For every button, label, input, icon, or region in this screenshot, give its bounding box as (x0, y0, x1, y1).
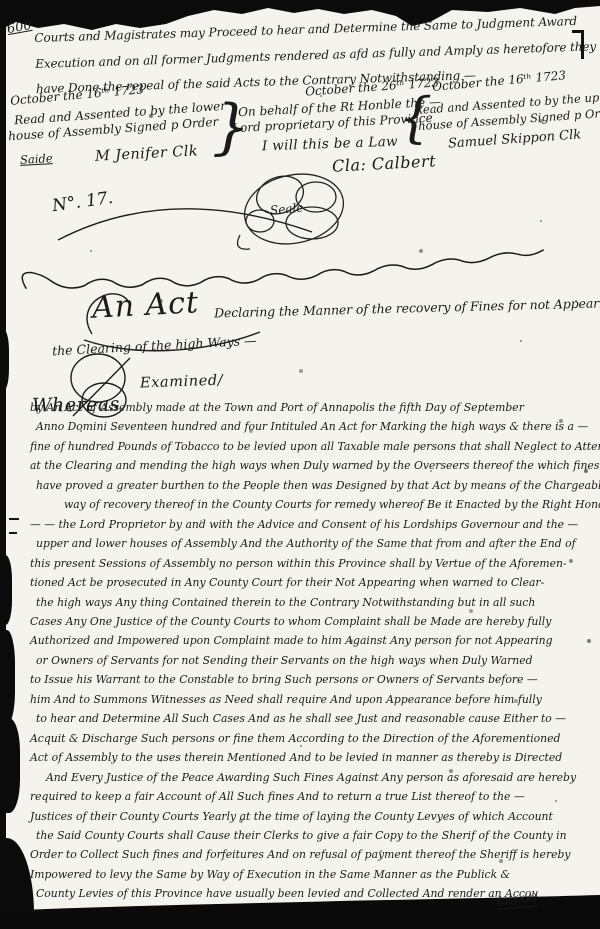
manuscript-line: tioned Act be prosecuted in Any County C… (30, 573, 590, 592)
manuscript-line: Order to Collect Such fines and forfeitu… (30, 845, 590, 864)
manuscript-line: Cases Any One Justice of the County Cour… (30, 612, 590, 631)
manuscript-line: by An Act of Assembly made at the Town a… (30, 398, 590, 417)
manuscript-line: way of recovery thereof in the County Co… (30, 495, 590, 514)
manuscript-line: to hear and Determine All Such Cases And… (30, 709, 590, 728)
manuscript-line: at the Clearing and mending the high way… (30, 456, 590, 475)
manuscript-line: or Owners of Servants for not Sending th… (30, 651, 590, 670)
seal-word: Seale (269, 201, 304, 218)
act-title-intro: An Act (91, 285, 200, 326)
margin-mark (9, 532, 17, 534)
lower-house-note: Saide (20, 151, 53, 167)
manuscript-line: — — the Lord Proprietor by and with the … (30, 515, 590, 534)
proprietor-assent: I will this be a Law (262, 134, 398, 155)
manuscript-line: Act of Assembly to the uses therein Ment… (30, 748, 590, 767)
scan-noise-speckles (0, 0, 2, 2)
ink-blot (0, 630, 15, 725)
manuscript-line: fine of hundred Pounds of Tobacco to be … (30, 437, 590, 456)
manuscript-line: him And to Summons Witnesses as Need sha… (30, 690, 590, 709)
manuscript-scan-page: 600 Courts and Magistrates may Proceed t… (0, 0, 600, 929)
ink-blot (0, 555, 12, 625)
ink-blot (0, 718, 20, 813)
margin-mark (9, 518, 19, 520)
manuscript-line: the high ways Any thing Contained therei… (30, 593, 590, 612)
manuscript-line: Authorized and Impowered upon Complaint … (30, 631, 590, 650)
manuscript-line: have proved a greater burthen to the Peo… (30, 476, 590, 495)
lower-house-clerk-signature: M Jenifer Clk (95, 143, 199, 164)
manuscript-line: upper and lower houses of Assembly And t… (30, 534, 590, 553)
upper-house-clerk-signature: Samuel Skippon Clk (448, 127, 582, 151)
manuscript-line: Anno Domini Seventeen hundred and four I… (30, 417, 590, 436)
manuscript-line: And Every Justice of the Peace Awarding … (30, 768, 590, 787)
manuscript-line: to Issue his Warrant to the Constable to… (30, 670, 590, 689)
examined-label: Examined/ (140, 373, 224, 392)
manuscript-line: this present Sessions of Assembly no per… (30, 554, 590, 573)
manuscript-line: Impowered to levy the Same by Way of Exe… (30, 865, 590, 884)
act-body-text: by An Act of Assembly made at the Town a… (30, 398, 590, 904)
manuscript-line: Acquit & Discharge Such persons or fine … (30, 729, 590, 748)
manuscript-line: the Said County Courts shall Cause their… (30, 826, 590, 845)
manuscript-line: required to keep a fair Account of All S… (30, 787, 590, 806)
manuscript-line: Justices of their County Courts Yearly a… (30, 807, 590, 826)
ink-blot (0, 330, 9, 390)
